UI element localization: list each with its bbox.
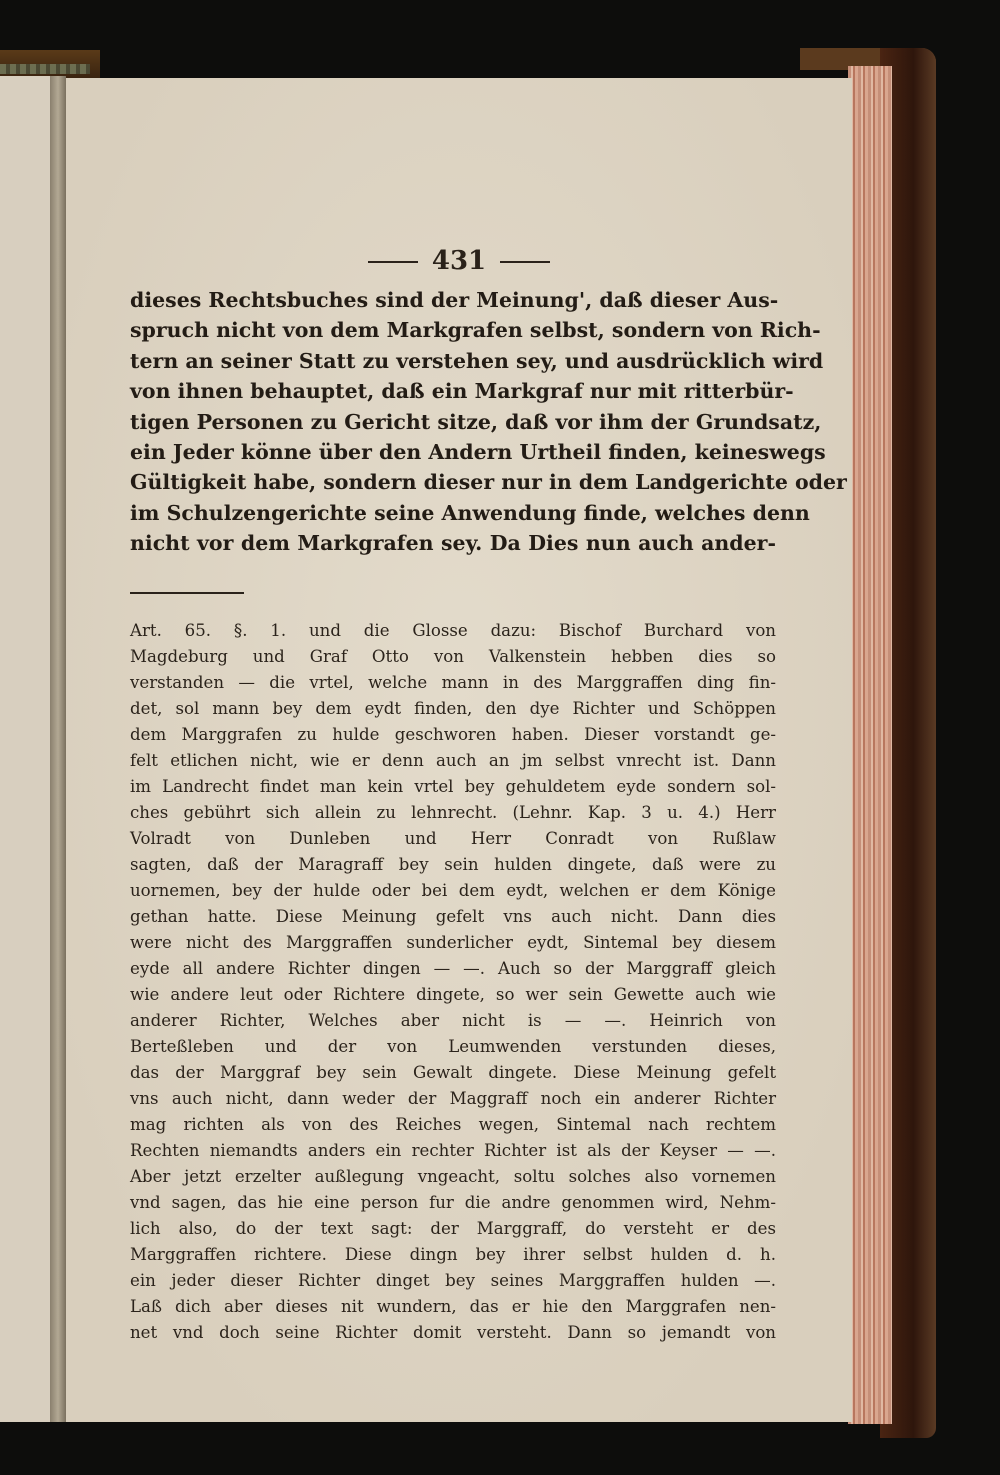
header-dash-right [500,261,550,263]
book-gutter [50,76,66,1422]
footnote-line: felt etlichen nicht, wie er denn auch an… [130,748,776,774]
footnote-line: Rechten niemandts anders ein rechter Ric… [130,1138,776,1164]
footnote-line: verstanden — die vrtel, welche mann in d… [130,670,776,696]
text-line: spruch nicht von dem Markgrafen selbst, … [130,315,776,345]
footnote-line: das der Marggraf bey sein Gewalt dingete… [130,1060,776,1086]
footnote-line: Volradt von Dunleben und Herr Conradt vo… [130,826,776,852]
footnote-line: wie andere leut oder Richtere dingete, s… [130,982,776,1008]
footnote-line: were nicht des Marggraffen sunderlicher … [130,930,776,956]
text-line: tern an seiner Statt zu verstehen sey, u… [130,346,776,376]
footnote-line: eyde all andere Richter dingen — —. Auch… [130,956,776,982]
footnote-line: Laß dich aber dieses nit wundern, das er… [130,1294,776,1320]
footnote-rule [130,592,244,594]
book-cover-top-left [0,50,100,78]
text-line: ein Jeder könne über den Andern Urtheil … [130,437,776,467]
footnote-line: mag richten als von des Reiches wegen, S… [130,1112,776,1138]
text-line: dieses Rechtsbuches sind der Meinung', d… [130,285,776,315]
cover-tooling-ornament [0,64,90,74]
footnote-line: lich also, do der text sagt: der Marggra… [130,1216,776,1242]
main-text: dieses Rechtsbuches sind der Meinung', d… [130,285,776,559]
right-page: 431 dieses Rechtsbuches sind der Meinung… [66,78,852,1422]
footnote-line: Magdeburg und Graf Otto von Valkenstein … [130,644,776,670]
footnote-line: vns auch nicht, dann weder der Maggraff … [130,1086,776,1112]
footnote-line: gethan hatte. Diese Meinung gefelt vns a… [130,904,776,930]
footnote-line: ches gebührt sich allein zu lehnrecht. (… [130,800,776,826]
footnote-text: Art. 65. §. 1. und die Glosse dazu: Bisc… [130,618,776,1346]
footnote-line: Aber jetzt erzelter außlegung vngeacht, … [130,1164,776,1190]
footnote-line: sagten, daß der Maragraff bey sein hulde… [130,852,776,878]
footnote-line: det, sol mann bey dem eydt finden, den d… [130,696,776,722]
footnote-line: dem Marggrafen zu hulde geschworen haben… [130,722,776,748]
text-line: im Schulzengerichte seine Anwendung find… [130,498,776,528]
footnote-line: net vnd doch seine Richter domit versteh… [130,1320,776,1346]
footnote-line: Art. 65. §. 1. und die Glosse dazu: Bisc… [130,618,776,644]
left-page-edge [0,76,52,1422]
footnote-line: Berteßleben und der von Leumwenden verst… [130,1034,776,1060]
page-header: 431 [66,246,852,276]
footnote-line: anderer Richter, Welches aber nicht is —… [130,1008,776,1034]
text-line: Gültigkeit habe, sondern dieser nur in d… [130,467,776,497]
page-edges-stack [848,66,892,1424]
text-line: von ihnen behauptet, daß ein Markgraf nu… [130,376,776,406]
page-number: 431 [432,246,486,276]
footnote-line: Marggraffen richtere. Diese dingn bey ih… [130,1242,776,1268]
footnote-line: uornemen, bey der hulde oder bei dem eyd… [130,878,776,904]
text-line: nicht vor dem Markgrafen sey. Da Dies nu… [130,528,776,558]
header-dash-left [368,261,418,263]
footnote-line: im Landrecht findet man kein vrtel bey g… [130,774,776,800]
footnote-line: ein jeder dieser Richter dinget bey sein… [130,1268,776,1294]
text-line: tigen Personen zu Gericht sitze, daß vor… [130,407,776,437]
footnote-line: vnd sagen, das hie eine person fur die a… [130,1190,776,1216]
